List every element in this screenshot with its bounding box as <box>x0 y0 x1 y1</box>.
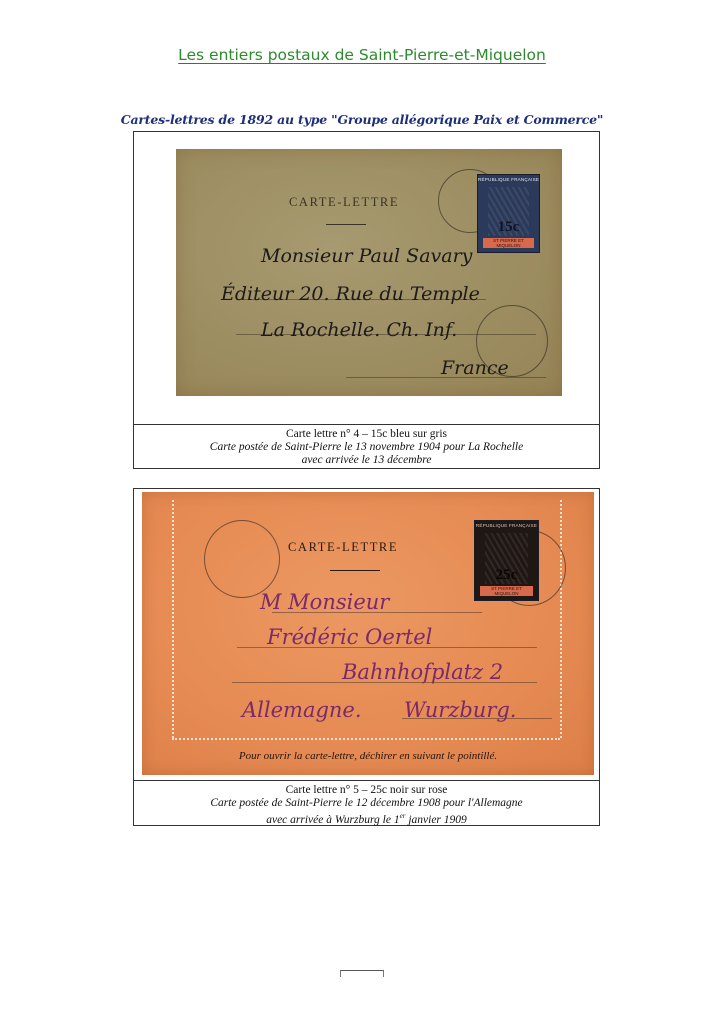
address-line: Éditeur 20. Rue du Temple <box>221 283 480 305</box>
stamp-top-text: RÉPUBLIQUE FRANÇAISE <box>478 175 539 182</box>
caption-heading: Carte lettre n° 4 – 15c bleu sur gris <box>134 428 599 441</box>
perforation-bottom <box>172 738 560 740</box>
caption-text: avec arrivée à Wurzburg le 1 <box>266 814 399 826</box>
card-heading: CARTE-LETTRE <box>288 540 398 555</box>
section-title: Cartes-lettres de 1892 au type "Groupe a… <box>0 112 724 127</box>
tear-instruction: Pour ouvrir la carte-lettre, déchirer en… <box>142 750 594 762</box>
caption-line: avec arrivée le 13 décembre <box>134 454 599 467</box>
perforation-right <box>560 500 562 738</box>
address-line: France <box>441 357 509 379</box>
address-line: Allemagne. <box>242 698 362 722</box>
stamp-value: 15c <box>478 219 539 236</box>
carte-lettre-25c-image: CARTE-LETTRE RÉPUBLIQUE FRANÇAISE 25c ST… <box>142 492 594 775</box>
caption-line: Carte postée de Saint-Pierre le 13 novem… <box>134 441 599 454</box>
card-photo-area: CARTE-LETTRE RÉPUBLIQUE FRANÇAISE 25c ST… <box>134 489 599 781</box>
carte-lettre-15c-image: CARTE-LETTRE RÉPUBLIQUE FRANÇAISE 15c ST… <box>176 149 562 396</box>
card-heading: CARTE-LETTRE <box>289 195 399 210</box>
page-title-text: Les entiers postaux de Saint-Pierre-et-M… <box>178 46 546 64</box>
address-line: M Monsieur <box>260 590 389 614</box>
postal-card-frame-2: CARTE-LETTRE RÉPUBLIQUE FRANÇAISE 25c ST… <box>133 488 600 826</box>
card-photo-area: CARTE-LETTRE RÉPUBLIQUE FRANÇAISE 15c ST… <box>134 132 599 425</box>
caption-heading: Carte lettre n° 5 – 25c noir sur rose <box>134 784 599 797</box>
stamp-bottom-text: ST PIERRE ET MIQUELON <box>480 586 533 596</box>
stamp-25c: RÉPUBLIQUE FRANÇAISE 25c ST PIERRE ET MI… <box>474 520 539 601</box>
caption-text: janvier 1909 <box>405 814 466 826</box>
card-caption: Carte lettre n° 4 – 15c bleu sur gris Ca… <box>134 425 599 468</box>
page-marker <box>340 970 384 977</box>
caption-line: avec arrivée à Wurzburg le 1er janvier 1… <box>134 810 599 827</box>
perforation-left <box>172 500 174 738</box>
caption-line: Carte postée de Saint-Pierre le 12 décem… <box>134 797 599 810</box>
address-line: Bahnhofplatz 2 <box>342 660 503 684</box>
address-line: La Rochelle. Ch. Inf. <box>261 319 457 341</box>
address-line: Frédéric Oertel <box>267 625 432 649</box>
address-line: Monsieur Paul Savary <box>261 245 472 267</box>
postal-card-frame-1: CARTE-LETTRE RÉPUBLIQUE FRANÇAISE 15c ST… <box>133 131 600 469</box>
page-title: Les entiers postaux de Saint-Pierre-et-M… <box>0 46 724 64</box>
ornament-divider <box>330 570 380 571</box>
address-line: Wurzburg. <box>404 698 517 722</box>
card-caption: Carte lettre n° 5 – 25c noir sur rose Ca… <box>134 781 599 825</box>
stamp-bottom-text: ST PIERRE ET MIQUELON <box>483 238 534 248</box>
postmark-icon <box>204 520 280 598</box>
stamp-top-text: RÉPUBLIQUE FRANÇAISE <box>475 521 538 528</box>
stamp-value: 25c <box>475 567 538 584</box>
ornament-divider <box>326 224 366 225</box>
stamp-15c: RÉPUBLIQUE FRANÇAISE 15c ST PIERRE ET MI… <box>477 174 540 253</box>
